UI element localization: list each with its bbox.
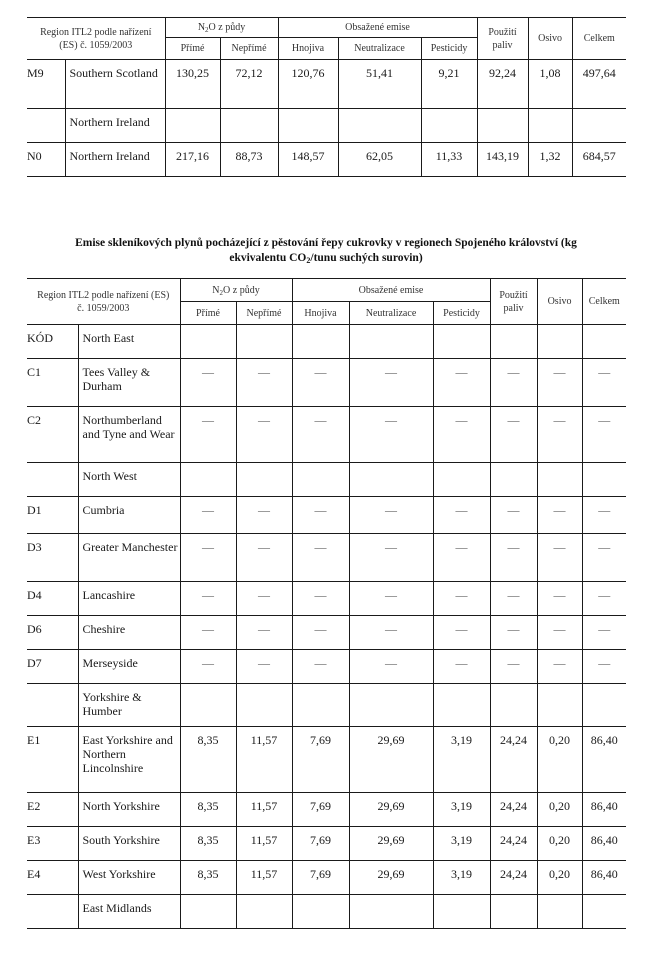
region-name: Northern Ireland (65, 143, 165, 177)
value-cell: 86,40 (582, 827, 626, 861)
region-name: Yorkshire & Humber (78, 684, 180, 727)
value-cell: — (582, 582, 626, 616)
table-row: Yorkshire & Humber (27, 684, 626, 727)
table-row: E3South Yorkshire8,3511,577,6929,693,192… (27, 827, 626, 861)
table-row: C1Tees Valley & Durham———————— (27, 359, 626, 407)
value-cell: 7,69 (292, 727, 349, 793)
sugar-beet-emissions-table: Region ITL2 podle nařízení (ES) č. 1059/… (27, 278, 626, 929)
value-cell: 24,24 (490, 727, 537, 793)
value-cell (292, 325, 349, 359)
region-name: Greater Manchester (78, 534, 180, 582)
header-region: Region ITL2 podle nařízení (ES) č. 1059/… (27, 18, 165, 60)
table-caption: Emise skleníkových plynů pocházející z p… (40, 236, 612, 266)
value-cell: 0,20 (537, 727, 582, 793)
value-cell: — (490, 616, 537, 650)
value-cell: — (292, 407, 349, 463)
value-cell: 497,64 (572, 60, 626, 109)
value-cell: — (292, 616, 349, 650)
region-name: North Yorkshire (78, 793, 180, 827)
region-code: D4 (27, 582, 78, 616)
region-code (27, 895, 78, 929)
value-cell: — (236, 534, 292, 582)
value-cell: — (180, 407, 236, 463)
value-cell: 120,76 (278, 60, 338, 109)
table-row: East Midlands (27, 895, 626, 929)
value-cell: — (582, 650, 626, 684)
value-cell: — (292, 534, 349, 582)
value-cell: — (292, 359, 349, 407)
value-cell (490, 684, 537, 727)
value-cell: 24,24 (490, 827, 537, 861)
value-cell (236, 895, 292, 929)
region-code: E3 (27, 827, 78, 861)
value-cell: 29,69 (349, 827, 433, 861)
region-code: D1 (27, 497, 78, 534)
emissions-table-continued: Region ITL2 podle nařízení (ES) č. 1059/… (27, 17, 626, 177)
value-cell: — (490, 650, 537, 684)
table-row: D1Cumbria———————— (27, 497, 626, 534)
region-code: E1 (27, 727, 78, 793)
region-code: M9 (27, 60, 65, 109)
value-cell: — (490, 582, 537, 616)
value-cell: 51,41 (338, 60, 421, 109)
value-cell (278, 109, 338, 143)
value-cell: — (537, 582, 582, 616)
value-cell: 11,57 (236, 793, 292, 827)
value-cell: — (236, 582, 292, 616)
value-cell: — (537, 359, 582, 407)
value-cell: — (433, 650, 490, 684)
value-cell: — (537, 534, 582, 582)
value-cell: 86,40 (582, 861, 626, 895)
value-cell: 92,24 (477, 60, 528, 109)
table-row: E2North Yorkshire8,3511,577,6929,693,192… (27, 793, 626, 827)
header-pesticides: Pesticidy (421, 38, 477, 60)
value-cell (236, 463, 292, 497)
value-cell: 1,08 (528, 60, 572, 109)
region-name: Northern Ireland (65, 109, 165, 143)
header-indirect: Nepřímé (236, 302, 292, 325)
value-cell: 72,12 (220, 60, 278, 109)
value-cell (433, 895, 490, 929)
value-cell (338, 109, 421, 143)
value-cell (582, 325, 626, 359)
value-cell (537, 325, 582, 359)
header-total: Celkem (572, 18, 626, 60)
value-cell (477, 109, 528, 143)
table-row: D3Greater Manchester———————— (27, 534, 626, 582)
value-cell: — (180, 497, 236, 534)
value-cell: 29,69 (349, 727, 433, 793)
value-cell: — (582, 616, 626, 650)
value-cell (582, 684, 626, 727)
value-cell: 24,24 (490, 793, 537, 827)
value-cell (421, 109, 477, 143)
value-cell: 8,35 (180, 727, 236, 793)
value-cell: 143,19 (477, 143, 528, 177)
table-row: D4Lancashire———————— (27, 582, 626, 616)
value-cell: 3,19 (433, 727, 490, 793)
value-cell: 9,21 (421, 60, 477, 109)
table-row: KÓDNorth East (27, 325, 626, 359)
region-name: East Midlands (78, 895, 180, 929)
value-cell (292, 895, 349, 929)
header-direct: Přímé (180, 302, 236, 325)
region-code (27, 463, 78, 497)
value-cell: 29,69 (349, 861, 433, 895)
header-fuel-use: Použití paliv (477, 18, 528, 60)
value-cell (165, 109, 220, 143)
table-row: Northern Ireland (27, 109, 626, 143)
value-cell (180, 463, 236, 497)
value-cell: — (349, 582, 433, 616)
value-cell: — (490, 407, 537, 463)
region-code: E2 (27, 793, 78, 827)
header-seed: Osivo (528, 18, 572, 60)
value-cell: — (582, 407, 626, 463)
region-name: Cheshire (78, 616, 180, 650)
value-cell: — (292, 650, 349, 684)
value-cell (572, 109, 626, 143)
value-cell: — (349, 407, 433, 463)
header-region: Region ITL2 podle nařízení (ES) č. 1059/… (27, 279, 180, 325)
region-code: N0 (27, 143, 65, 177)
header-embedded-group: Obsažené emise (292, 279, 490, 302)
value-cell: — (236, 407, 292, 463)
value-cell: — (433, 497, 490, 534)
region-name: Lancashire (78, 582, 180, 616)
value-cell (490, 895, 537, 929)
value-cell (537, 895, 582, 929)
value-cell (292, 684, 349, 727)
region-name: North West (78, 463, 180, 497)
region-name: Cumbria (78, 497, 180, 534)
value-cell: — (537, 497, 582, 534)
value-cell: 0,20 (537, 827, 582, 861)
value-cell: 0,20 (537, 861, 582, 895)
value-cell (490, 463, 537, 497)
value-cell: — (433, 407, 490, 463)
value-cell: 88,73 (220, 143, 278, 177)
region-code: C2 (27, 407, 78, 463)
value-cell: — (349, 497, 433, 534)
value-cell: — (236, 497, 292, 534)
value-cell: 684,57 (572, 143, 626, 177)
value-cell (537, 684, 582, 727)
value-cell: — (537, 616, 582, 650)
header-indirect: Nepřímé (220, 38, 278, 60)
value-cell (537, 463, 582, 497)
value-cell (292, 463, 349, 497)
value-cell (220, 109, 278, 143)
value-cell: 29,69 (349, 793, 433, 827)
value-cell: — (349, 534, 433, 582)
region-code: D3 (27, 534, 78, 582)
region-name: South Yorkshire (78, 827, 180, 861)
header-total: Celkem (582, 279, 626, 325)
value-cell: 1,32 (528, 143, 572, 177)
value-cell: 8,35 (180, 861, 236, 895)
value-cell (433, 684, 490, 727)
value-cell: — (490, 359, 537, 407)
value-cell: 7,69 (292, 861, 349, 895)
value-cell (490, 325, 537, 359)
value-cell: 62,05 (338, 143, 421, 177)
value-cell (349, 684, 433, 727)
value-cell (180, 895, 236, 929)
value-cell: 3,19 (433, 827, 490, 861)
value-cell: 24,24 (490, 861, 537, 895)
value-cell: — (433, 534, 490, 582)
value-cell: — (180, 582, 236, 616)
value-cell: 8,35 (180, 793, 236, 827)
table-row: D6Cheshire———————— (27, 616, 626, 650)
value-cell: — (349, 616, 433, 650)
value-cell: — (349, 650, 433, 684)
value-cell: 11,57 (236, 727, 292, 793)
value-cell (236, 325, 292, 359)
header-n2o-group: N2O z půdy (180, 279, 292, 302)
value-cell: 7,69 (292, 827, 349, 861)
value-cell: 11,57 (236, 827, 292, 861)
region-code (27, 684, 78, 727)
table-row: D7Merseyside———————— (27, 650, 626, 684)
value-cell: 0,20 (537, 793, 582, 827)
value-cell: — (292, 582, 349, 616)
value-cell (349, 463, 433, 497)
value-cell: 8,35 (180, 827, 236, 861)
header-direct: Přímé (165, 38, 220, 60)
region-name: West Yorkshire (78, 861, 180, 895)
value-cell: — (433, 616, 490, 650)
value-cell (433, 463, 490, 497)
region-name: Tees Valley & Durham (78, 359, 180, 407)
value-cell: 217,16 (165, 143, 220, 177)
region-code: C1 (27, 359, 78, 407)
region-code (27, 109, 65, 143)
header-fertilizers: Hnojiva (278, 38, 338, 60)
value-cell (180, 325, 236, 359)
value-cell: 86,40 (582, 793, 626, 827)
value-cell: — (433, 359, 490, 407)
value-cell: 3,19 (433, 861, 490, 895)
value-cell: — (180, 650, 236, 684)
table-row: C2Northumberland and Tyne and Wear——————… (27, 407, 626, 463)
table-row: E4West Yorkshire8,3511,577,6929,693,1924… (27, 861, 626, 895)
value-cell: — (180, 534, 236, 582)
header-neutralization: Neutralizace (338, 38, 421, 60)
header-fertilizers: Hnojiva (292, 302, 349, 325)
value-cell: — (236, 650, 292, 684)
value-cell (349, 325, 433, 359)
value-cell: 86,40 (582, 727, 626, 793)
value-cell: — (537, 407, 582, 463)
value-cell (433, 325, 490, 359)
value-cell (236, 684, 292, 727)
region-name: North East (78, 325, 180, 359)
header-embedded-group: Obsažené emise (278, 18, 477, 38)
value-cell: 11,57 (236, 861, 292, 895)
value-cell: — (490, 534, 537, 582)
value-cell: — (582, 359, 626, 407)
value-cell: — (180, 359, 236, 407)
value-cell: — (180, 616, 236, 650)
value-cell: — (236, 359, 292, 407)
region-code: KÓD (27, 325, 78, 359)
header-fuel-use: Použití paliv (490, 279, 537, 325)
header-seed: Osivo (537, 279, 582, 325)
value-cell: — (292, 497, 349, 534)
region-name: Northumberland and Tyne and Wear (78, 407, 180, 463)
value-cell: — (433, 582, 490, 616)
value-cell: — (490, 497, 537, 534)
value-cell: — (349, 359, 433, 407)
value-cell: 11,33 (421, 143, 477, 177)
region-name: Southern Scotland (65, 60, 165, 109)
value-cell: 148,57 (278, 143, 338, 177)
value-cell: — (236, 616, 292, 650)
value-cell: 130,25 (165, 60, 220, 109)
table-row: N0Northern Ireland217,1688,73148,5762,05… (27, 143, 626, 177)
header-n2o-group: N2O z půdy (165, 18, 278, 38)
value-cell: — (582, 534, 626, 582)
region-name: Merseyside (78, 650, 180, 684)
header-neutralization: Neutralizace (349, 302, 433, 325)
region-name: East Yorkshire and Northern Lincolnshire (78, 727, 180, 793)
value-cell: — (582, 497, 626, 534)
table-row: North West (27, 463, 626, 497)
header-pesticides: Pesticidy (433, 302, 490, 325)
table-row: M9Southern Scotland130,2572,12120,7651,4… (27, 60, 626, 109)
value-cell (528, 109, 572, 143)
value-cell: 7,69 (292, 793, 349, 827)
value-cell: 3,19 (433, 793, 490, 827)
table-row: E1East Yorkshire and Northern Lincolnshi… (27, 727, 626, 793)
value-cell (349, 895, 433, 929)
region-code: D7 (27, 650, 78, 684)
value-cell (582, 895, 626, 929)
region-code: E4 (27, 861, 78, 895)
region-code: D6 (27, 616, 78, 650)
value-cell (582, 463, 626, 497)
value-cell (180, 684, 236, 727)
value-cell: — (537, 650, 582, 684)
